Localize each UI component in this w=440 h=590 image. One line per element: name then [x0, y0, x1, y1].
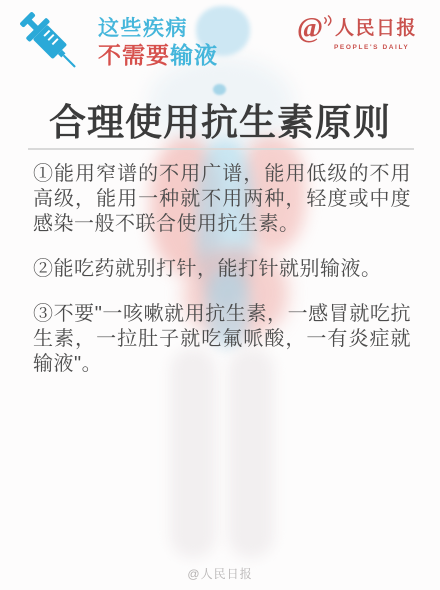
page-title: 合理使用抗生素原则: [0, 92, 440, 146]
infographic-card: 这些疾病 不需要输液 @ 人民日报 PEOPLE'S DAILY 合理使用抗生素…: [0, 0, 440, 590]
logo-subtitle: PEOPLE'S DAILY: [334, 44, 417, 51]
sound-waves-icon: [323, 14, 334, 27]
slogan-line1: 这些疾病: [98, 17, 218, 42]
slogan-emphasis: 不需要: [98, 42, 170, 68]
footer-credit: @人民日报: [0, 565, 440, 582]
at-sign-icon: @: [297, 15, 323, 43]
principle-item-3: ③不要"一咳嗽就用抗生素，一感冒就吃抗生素，一拉肚子就吃氟哌酸，一有炎症就输液"…: [33, 302, 411, 377]
principle-item-2: ②能吃药就别打针，能打针就别输液。: [33, 257, 411, 282]
logo-name: 人民日报: [335, 19, 417, 38]
principles-list: ①能用窄谱的不用广谱，能用低级的不用高级，能用一种就不用两种，轻度或中度感染一般…: [33, 162, 411, 397]
principle-item-1: ①能用窄谱的不用广谱，能用低级的不用高级，能用一种就不用两种，轻度或中度感染一般…: [33, 162, 411, 237]
slogan-tail: 输液: [170, 42, 218, 68]
peoples-daily-logo: @ 人民日报 PEOPLE'S DAILY: [297, 15, 417, 51]
header-slogan: 这些疾病 不需要输液: [98, 17, 218, 69]
syringe-icon: [12, 4, 90, 82]
slogan-line2: 不需要输液: [98, 42, 218, 69]
title-divider: [28, 148, 414, 150]
